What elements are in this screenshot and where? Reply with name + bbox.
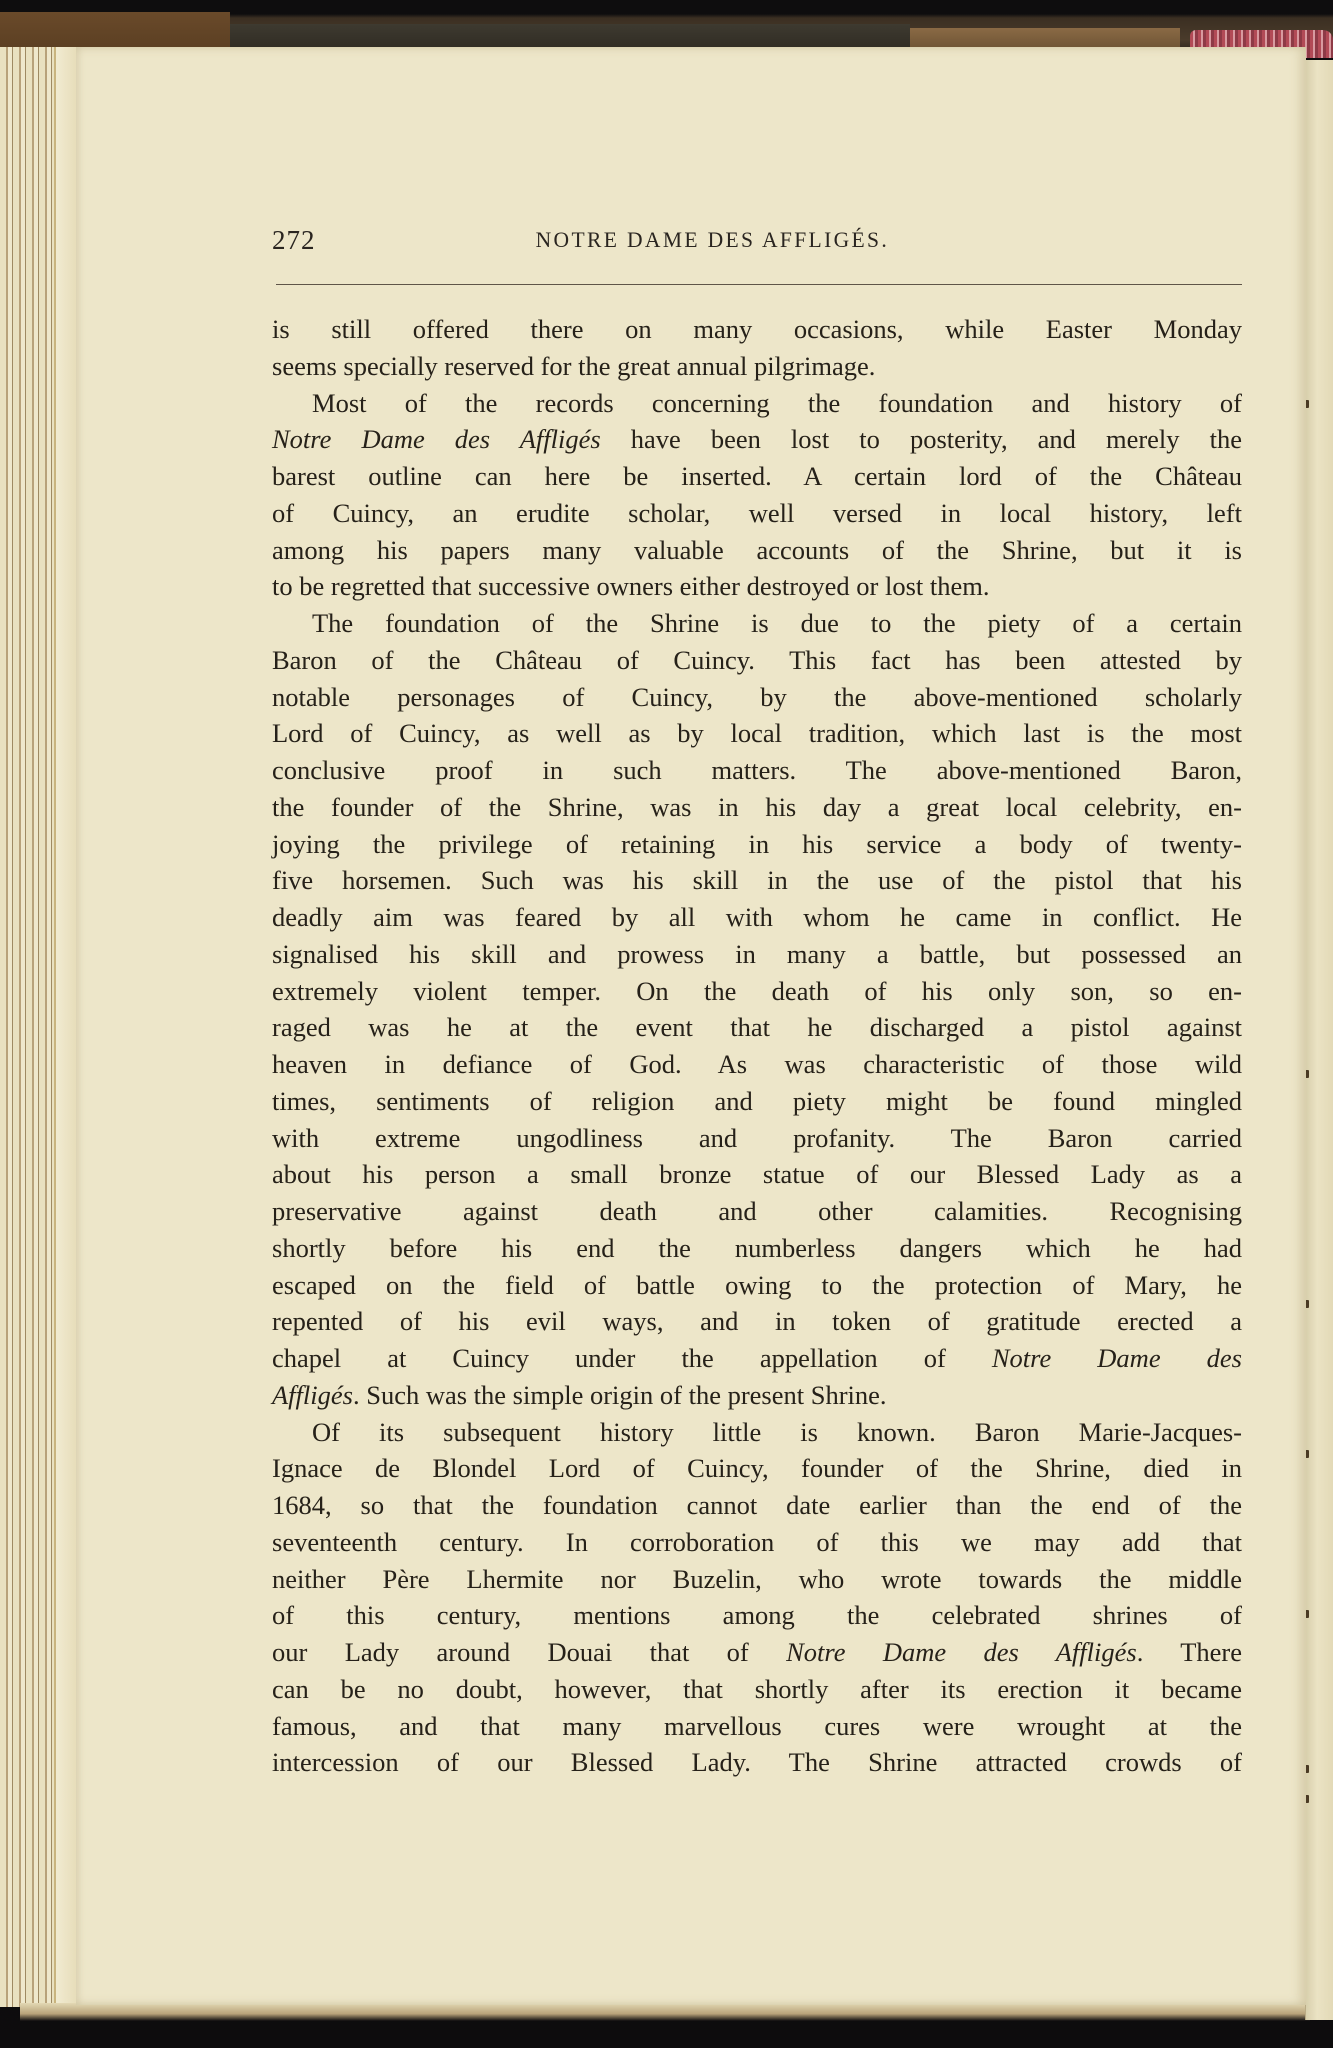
text-line: neither Père Lhermite nor Buzelin, who w… xyxy=(272,1561,1242,1598)
text-line: can be no doubt, however, that shortly a… xyxy=(272,1671,1242,1708)
text-segment: have been lost to posterity, and merely … xyxy=(601,424,1242,454)
text-line: raged was he at the event that he discha… xyxy=(272,1009,1242,1046)
text-line: to be regretted that successive owners e… xyxy=(272,568,1242,605)
text-line: Ignace de Blondel Lord of Cuincy, founde… xyxy=(272,1450,1242,1487)
running-title: NOTRE DAME DES AFFLIGÉS. xyxy=(536,227,890,253)
text-line: extremely violent temper. On the death o… xyxy=(272,973,1242,1010)
text-line: is still offered there on many occasions… xyxy=(272,311,1242,348)
text-line: heaven in defiance of God. As was charac… xyxy=(272,1046,1242,1083)
text-line: Most of the records concerning the found… xyxy=(272,385,1242,422)
binding-leather-left xyxy=(0,12,230,52)
text-line: our Lady around Douai that of Notre Dame… xyxy=(272,1634,1242,1671)
book-binding-top xyxy=(0,0,1333,52)
italic-title: Notre Dame des Affligés xyxy=(272,424,601,454)
text-segment: . There xyxy=(1137,1637,1242,1667)
fore-edge xyxy=(1305,60,1333,2020)
italic-title: Affligés xyxy=(272,1380,353,1410)
text-line: Notre Dame des Affligés have been lost t… xyxy=(272,421,1242,458)
text-line: of Cuincy, an erudite scholar, well vers… xyxy=(272,495,1242,532)
text-line: repented of his evil ways, and in token … xyxy=(272,1303,1242,1340)
text-line: The foundation of the Shrine is due to t… xyxy=(272,605,1242,642)
text-line: barest outline can here be inserted. A c… xyxy=(272,458,1242,495)
header-rule xyxy=(276,284,1242,285)
text-line: shortly before his end the numberless da… xyxy=(272,1230,1242,1267)
text-line: among his papers many valuable accounts … xyxy=(272,532,1242,569)
left-page-stack xyxy=(0,47,78,2007)
text-line: famous, and that many marvellous cures w… xyxy=(272,1708,1242,1745)
text-line: deadly aim was feared by all with whom h… xyxy=(272,899,1242,936)
text-line: Affligés. Such was the simple origin of … xyxy=(272,1377,1242,1414)
italic-title: Notre Dame des xyxy=(992,1343,1242,1373)
bottom-page-stack xyxy=(20,2003,1310,2021)
text-line: five horsemen. Such was his skill in the… xyxy=(272,862,1242,899)
text-segment: . Such was the simple origin of the pres… xyxy=(353,1380,887,1410)
text-line: times, sentiments of religion and piety … xyxy=(272,1083,1242,1120)
text-line: notable personages of Cuincy, by the abo… xyxy=(272,679,1242,716)
text-line: of this century, mentions among the cele… xyxy=(272,1597,1242,1634)
text-segment: chapel at Cuincy under the appellation o… xyxy=(272,1343,992,1373)
page-number: 272 xyxy=(272,225,316,256)
text-line: the founder of the Shrine, was in his da… xyxy=(272,789,1242,826)
text-line: escaped on the field of battle owing to … xyxy=(272,1267,1242,1304)
text-line: seems specially reserved for the great a… xyxy=(272,348,1242,385)
text-line: seventeenth century. In corroboration of… xyxy=(272,1524,1242,1561)
text-line: Baron of the Château of Cuincy. This fac… xyxy=(272,642,1242,679)
text-line: with extreme ungodliness and profanity. … xyxy=(272,1120,1242,1157)
text-line: Of its subsequent history little is know… xyxy=(272,1414,1242,1451)
book-page: 272 NOTRE DAME DES AFFLIGÉS. is still of… xyxy=(76,47,1306,2005)
italic-title: Notre Dame des Affligés xyxy=(786,1637,1137,1667)
text-line: intercession of our Blessed Lady. The Sh… xyxy=(272,1744,1242,1781)
text-line: conclusive proof in such matters. The ab… xyxy=(272,752,1242,789)
text-line: 1684, so that the foundation cannot date… xyxy=(272,1487,1242,1524)
text-line: signalised his skill and prowess in many… xyxy=(272,936,1242,973)
gutter xyxy=(54,47,78,2007)
text-line: preservative against death and other cal… xyxy=(272,1193,1242,1230)
text-line: about his person a small bronze statue o… xyxy=(272,1156,1242,1193)
running-head: 272 NOTRE DAME DES AFFLIGÉS. xyxy=(272,223,1242,263)
text-line: joying the privilege of retaining in his… xyxy=(272,826,1242,863)
text-segment: our Lady around Douai that of xyxy=(272,1637,786,1667)
body-text: is still offered there on many occasions… xyxy=(272,311,1242,1781)
text-line: Lord of Cuincy, as well as by local trad… xyxy=(272,715,1242,752)
text-line: chapel at Cuincy under the appellation o… xyxy=(272,1340,1242,1377)
